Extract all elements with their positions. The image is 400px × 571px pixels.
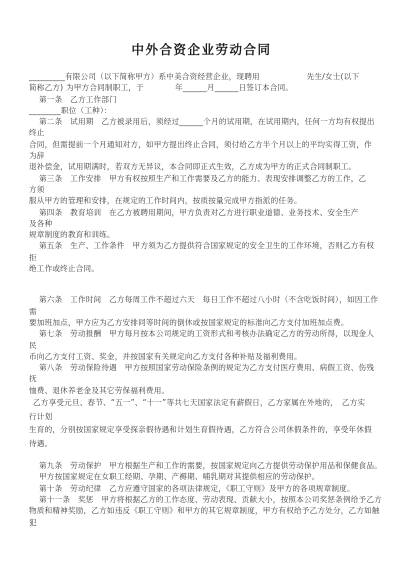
doc-line: 物质和精神奖励，乙方如违反《职工守则》和甲方的其它规章制度，甲方有权给予乙方处分… [29, 505, 374, 516]
doc-line: 第十条 劳动纪律 乙方应遵守国家的各项法律规定，《职工守则》及甲方的各项规章制度… [29, 483, 374, 494]
doc-blank-line [29, 274, 374, 284]
doc-line: _________有限公司（以下简称甲方）系中美合资经营企业，现聘用 先生/女士… [29, 71, 374, 82]
doc-line: 拒 [29, 252, 374, 263]
document-body: _________有限公司（以下简称甲方）系中美合资经营企业，现聘用 先生/女士… [29, 71, 374, 528]
doc-line: 甲方按国家规定在女职工经期、孕期、产褥期、哺乳期对其提供相应的劳动保护。 [29, 471, 374, 482]
document-page: 中外合资企业劳动合同 _________有限公司（以下简称甲方）系中美合资经营企… [0, 0, 400, 571]
doc-line: 待遇。 [29, 437, 374, 451]
doc-line: 绝工作或终止合同。 [29, 263, 374, 274]
doc-line: 抚 [29, 373, 374, 384]
doc-line: 规章制度的教育和训练。 [29, 229, 374, 240]
doc-line: 方须 [29, 184, 374, 195]
doc-line: 币向乙方支付工资、奖金，并按国家有关规定向乙方支付各种补贴及福利费用。 [29, 351, 374, 362]
doc-line: 行计划 [29, 410, 374, 424]
doc-line: 需 [29, 306, 374, 317]
doc-line: 生育的，分别按国家规定享受探亲假待遇和计划生育假待遇，乙方符合公司休假条件的，享… [29, 423, 374, 437]
doc-line: 及各种 [29, 218, 374, 229]
doc-line: 合同，但需提前一个月通知对方，如甲方提出终止合同，须付给乙方半个月以上的平均实得… [29, 139, 374, 150]
doc-line: 第一条 乙方工作部门 [29, 94, 374, 105]
doc-line: 犯 [29, 517, 374, 528]
doc-line: 第七条 劳动报酬 甲方每月按本公司规定的工资形式和考核办法确定乙方的劳动所得，以… [29, 328, 374, 339]
doc-blank-line [29, 284, 374, 294]
doc-blank-line [29, 450, 374, 460]
doc-line: 为辞 [29, 150, 374, 161]
document-title: 中外合资企业劳动合同 [29, 41, 374, 58]
doc-line: 恤费、退休养老金及其它劳保福利费用。 [29, 385, 374, 396]
doc-line: 要加班加点，甲方应为乙方安排同等时间的倒休或按国家规定的标准向乙方支付加班加点费… [29, 317, 374, 328]
doc-line: 服从甲方的管理和安排，在规定的工作时间内，按质按量完成甲方指派的任务。 [29, 195, 374, 206]
doc-line: 第五条 生产、工作条件 甲方须为乙方提供符合国家规定的安全卫生的工作环境，否则乙… [29, 240, 374, 251]
doc-line: 民 [29, 340, 374, 351]
doc-line: 第二条 试用期 乙方被录用后，须经过______个月的试用期，在试用期内，任何一… [29, 116, 374, 127]
doc-line: 第十一条 奖惩 甲方将根据乙方的工作态度、劳动表现、贡献大小，按照本公司奖惩条例… [29, 494, 374, 505]
doc-line: 乙方享受元旦、春节、“五一”、“十一”等共七天国家法定有薪假日，乙方家属在外地的… [29, 396, 374, 410]
doc-line: 第八条 劳动保险待遇 甲方按照国家劳动保险条例的规定为乙方支付医疗费用、病假工资… [29, 362, 374, 373]
doc-line: 第九条 劳动保护 甲方根据生产和工作的需要，按国家规定向乙方提供劳动保护用品和保… [29, 460, 374, 471]
doc-line: 简称乙方) 为甲方合同制职工，于 年______月______日签订本合同。 [29, 82, 374, 93]
doc-line: 终止 [29, 127, 374, 138]
doc-line: 第四条 教育培训 在乙方被聘用期间，甲方负责对乙方进行职业道德、业务技术、安全生… [29, 207, 374, 218]
doc-line: 第六条 工作时间 乙方每周工作不超过六天 每日工作不超过八小时（不含吃饭时间），… [29, 294, 374, 305]
doc-line: 第三条 工作安排 甲方有权按照生产和工作需要及乙方的能力、表现安排调整乙方的工作… [29, 173, 374, 184]
doc-line: 退补偿金，试用期满时，若双方无异议，本合同即正式生效，乙方成为甲方的正式合同制职… [29, 161, 374, 172]
contract-document: 中外合资企业劳动合同 _________有限公司（以下简称甲方）系中美合资经营企… [29, 41, 374, 528]
doc-line: ________职位（工种）： [29, 105, 374, 116]
